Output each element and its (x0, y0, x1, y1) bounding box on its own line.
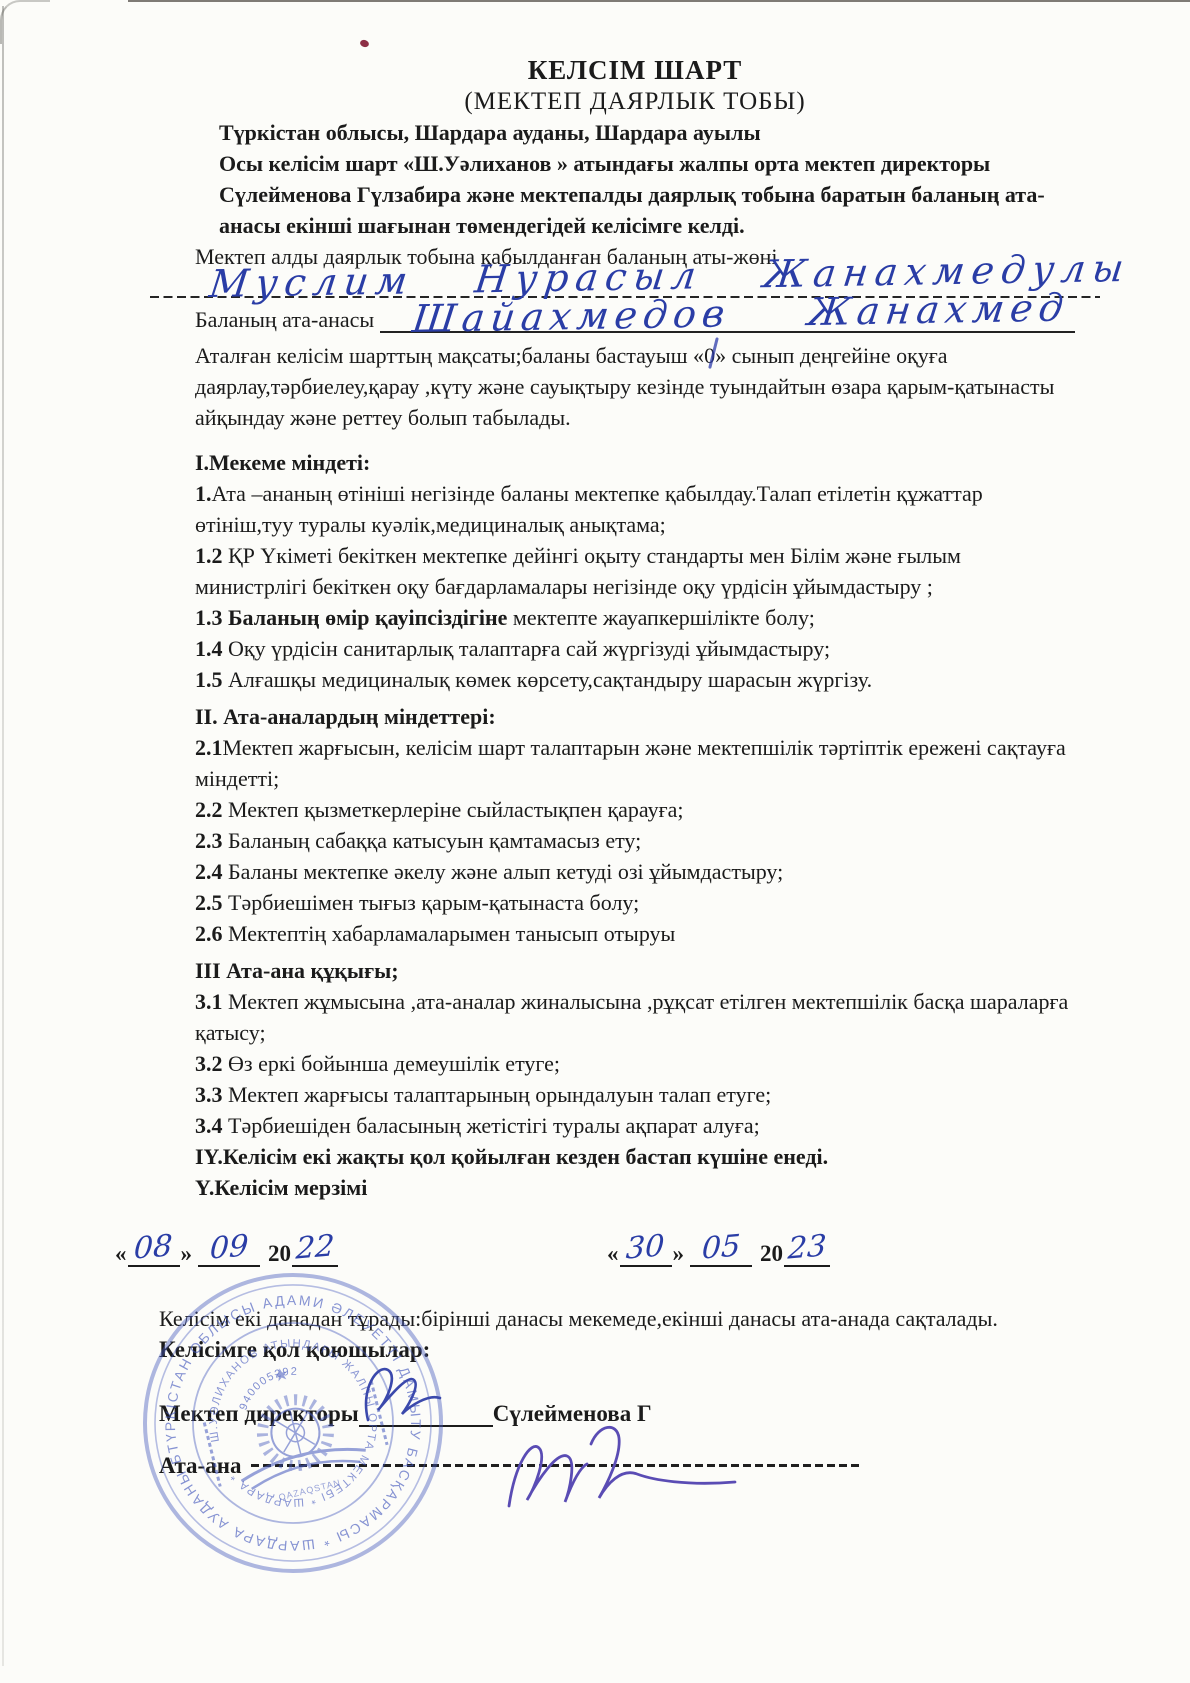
year-slot: 22 (292, 1235, 338, 1267)
intro-line: Түркістан облысы, Шардара ауданы, Шардар… (219, 117, 1075, 148)
clause-text: Мектеп жарғысын, келісім шарт талаптарын… (195, 735, 1066, 791)
red-ink-dot (359, 39, 370, 49)
month-handwritten: 05 (701, 1233, 741, 1262)
clause-2-5: 2.5 Тәрбиешімен тығыз қарым-қатынаста бо… (195, 887, 1075, 918)
clause-number: 3.1 (195, 989, 223, 1014)
quote-open: « (607, 1241, 619, 1266)
clause-text: Мектеп жұмысына ,ата-аналар жиналысына ,… (195, 989, 1068, 1045)
clause-text: Алғашқы медициналық көмек көрсету,сақтан… (223, 667, 873, 692)
clause-1-4: 1.4 Оқу үрдісін санитарлық талаптарға са… (195, 633, 1075, 664)
section-1-title: І.Мекеме міндеті: (195, 447, 1075, 478)
clause-text: ҚР Үкіметі бекіткен мектепке дейінгі оқы… (195, 543, 961, 599)
clause-number: 1.3 (195, 605, 223, 630)
day-slot: 30 (620, 1235, 672, 1267)
month-slot: 09 (198, 1235, 260, 1267)
section-5-title: Y.Келісім мерзімі (195, 1172, 1075, 1203)
date-start: «08»092022 (115, 1235, 338, 1267)
contract-body: КЕЛСІМ ШАРТ (МЕКТЕП ДАЯРЛЫК ТОБЫ) Түркіс… (195, 55, 1075, 1479)
clause-2-3: 2.3 Баланың сабаққа катысуын қамтамасыз … (195, 825, 1075, 856)
date-end: «30»052023 (607, 1235, 830, 1267)
purpose-paragraph: Аталған келісім шарттың мақсаты;баланы б… (195, 340, 1075, 433)
clause-number: 1.4 (195, 636, 223, 661)
clause-3-3: 3.3 Мектеп жарғысы талаптарының орындалу… (195, 1079, 1075, 1110)
clause-2-6: 2.6 Мектептің хабарламаларымен танысып о… (195, 918, 1075, 949)
clause-bold-text: Баланың өмір қауіпсіздігіне (223, 605, 508, 630)
paper-corner (0, 0, 50, 44)
clause-1-5: 1.5 Алғашқы медициналық көмек көрсету,са… (195, 664, 1075, 695)
year-century: 20 (268, 1241, 291, 1266)
clause-text: Мектеп қызметкерлеріне сыйластықпен қара… (223, 797, 684, 822)
document-title: КЕЛСІМ ШАРТ (195, 55, 1075, 86)
clause-1: 1.Ата –ананың өтініші негізінде баланы м… (195, 478, 1075, 540)
year-handwritten: 22 (295, 1233, 335, 1262)
day-handwritten: 08 (134, 1233, 174, 1262)
clause-3-4: 3.4 Тәрбиешіден баласының жетістігі тура… (195, 1110, 1075, 1141)
scan-edge-top (128, 0, 1190, 2)
clause-number: 1.5 (195, 667, 223, 692)
parent-signature (495, 1412, 765, 1532)
year-slot: 23 (784, 1235, 830, 1267)
clause-1-3: 1.3 Баланың өмір қауіпсіздігіне мектепте… (195, 602, 1075, 633)
clause-number: 3.2 (195, 1051, 223, 1076)
clause-text: Ата –ананың өтініші негізінде баланы мек… (195, 481, 983, 537)
grade-zero-mark: 0 (704, 343, 715, 368)
clause-text: Тәрбиешіден баласының жетістігі туралы а… (223, 1113, 760, 1138)
clause-number: 2.2 (195, 797, 223, 822)
day-slot: 08 (128, 1235, 180, 1267)
clause-text: Баланың сабаққа катысуын қамтамасыз ету; (223, 828, 642, 853)
clause-text: Тәрбиешімен тығыз қарым-қатынаста болу; (223, 890, 640, 915)
intro-line: анасы екінші шағынан төмендегідей келісі… (219, 210, 1075, 241)
month-slot: 05 (690, 1235, 752, 1267)
scan-edge-left (2, 6, 4, 1666)
clause-2-4: 2.4 Баланы мектепке әкелу және алып кету… (195, 856, 1075, 887)
clause-text: Мектептің хабарламаларымен танысып отыру… (223, 921, 676, 946)
clause-number: 2.5 (195, 890, 223, 915)
year-handwritten: 23 (787, 1233, 827, 1262)
section-2-title: ІІ. Ата-аналардың міндеттері: (195, 701, 1075, 732)
clause-2-1: 2.1Мектеп жарғысын, келісім шарт талапта… (195, 732, 1075, 794)
clause-text: Оқу үрдісін санитарлық талаптарға сай жү… (223, 636, 831, 661)
clause-number: 3.4 (195, 1113, 223, 1138)
quote-close: » (181, 1241, 193, 1266)
clause-number: 1. (195, 481, 212, 506)
parent-name-label: Баланың ата-анасы (195, 307, 374, 333)
intro-paragraph: Түркістан облысы, Шардара ауданы, Шардар… (195, 117, 1075, 241)
clause-text: мектепте жауапкершілікте болу; (507, 605, 814, 630)
clause-number: 2.1 (195, 735, 223, 760)
section-3-title: ІІІ Ата-ана құқығы; (195, 955, 1075, 986)
clause-number: 3.3 (195, 1082, 223, 1107)
clause-3-2: 3.2 Өз еркі бойынша демеушілік етуге; (195, 1048, 1075, 1079)
clause-number: 2.3 (195, 828, 223, 853)
clause-2-2: 2.2 Мектеп қызметкерлеріне сыйластықпен … (195, 794, 1075, 825)
parent-name-row: Баланың ата-анасы Шайахмедов Жанахмед (195, 300, 1075, 333)
quote-close: » (673, 1241, 685, 1266)
scanned-contract-page: КЕЛСІМ ШАРТ (МЕКТЕП ДАЯРЛЫК ТОБЫ) Түркіс… (0, 0, 1190, 1683)
clause-number: 1.2 (195, 543, 223, 568)
intro-line: Сүлейменова Гүлзабира және мектепалды да… (219, 179, 1075, 210)
section-4-title: ІY.Келісім екі жақты қол қойылған кезден… (195, 1141, 1075, 1172)
clause-text: Өз еркі бойынша демеушілік етуге; (223, 1051, 561, 1076)
year-century: 20 (760, 1241, 783, 1266)
day-handwritten: 30 (626, 1233, 666, 1262)
clause-text: Мектеп жарғысы талаптарының орындалуын т… (223, 1082, 772, 1107)
director-signature (350, 1356, 490, 1436)
clause-3-1: 3.1 Мектеп жұмысына ,ата-аналар жиналысы… (195, 986, 1075, 1048)
quote-open: « (115, 1241, 127, 1266)
clause-number: 2.6 (195, 921, 223, 946)
month-handwritten: 09 (209, 1233, 249, 1262)
clause-number: 2.4 (195, 859, 223, 884)
intro-line: Осы келісім шарт «Ш.Уәлиханов » атындағы… (219, 148, 1075, 179)
document-subtitle: (МЕКТЕП ДАЯРЛЫК ТОБЫ) (195, 86, 1075, 117)
clause-1-2: 1.2 ҚР Үкіметі бекіткен мектепке дейінгі… (195, 540, 1075, 602)
purpose-text: Аталған келісім шарттың мақсаты;баланы б… (195, 343, 704, 368)
clause-text: Баланы мектепке әкелу және алып кетуді о… (223, 859, 784, 884)
